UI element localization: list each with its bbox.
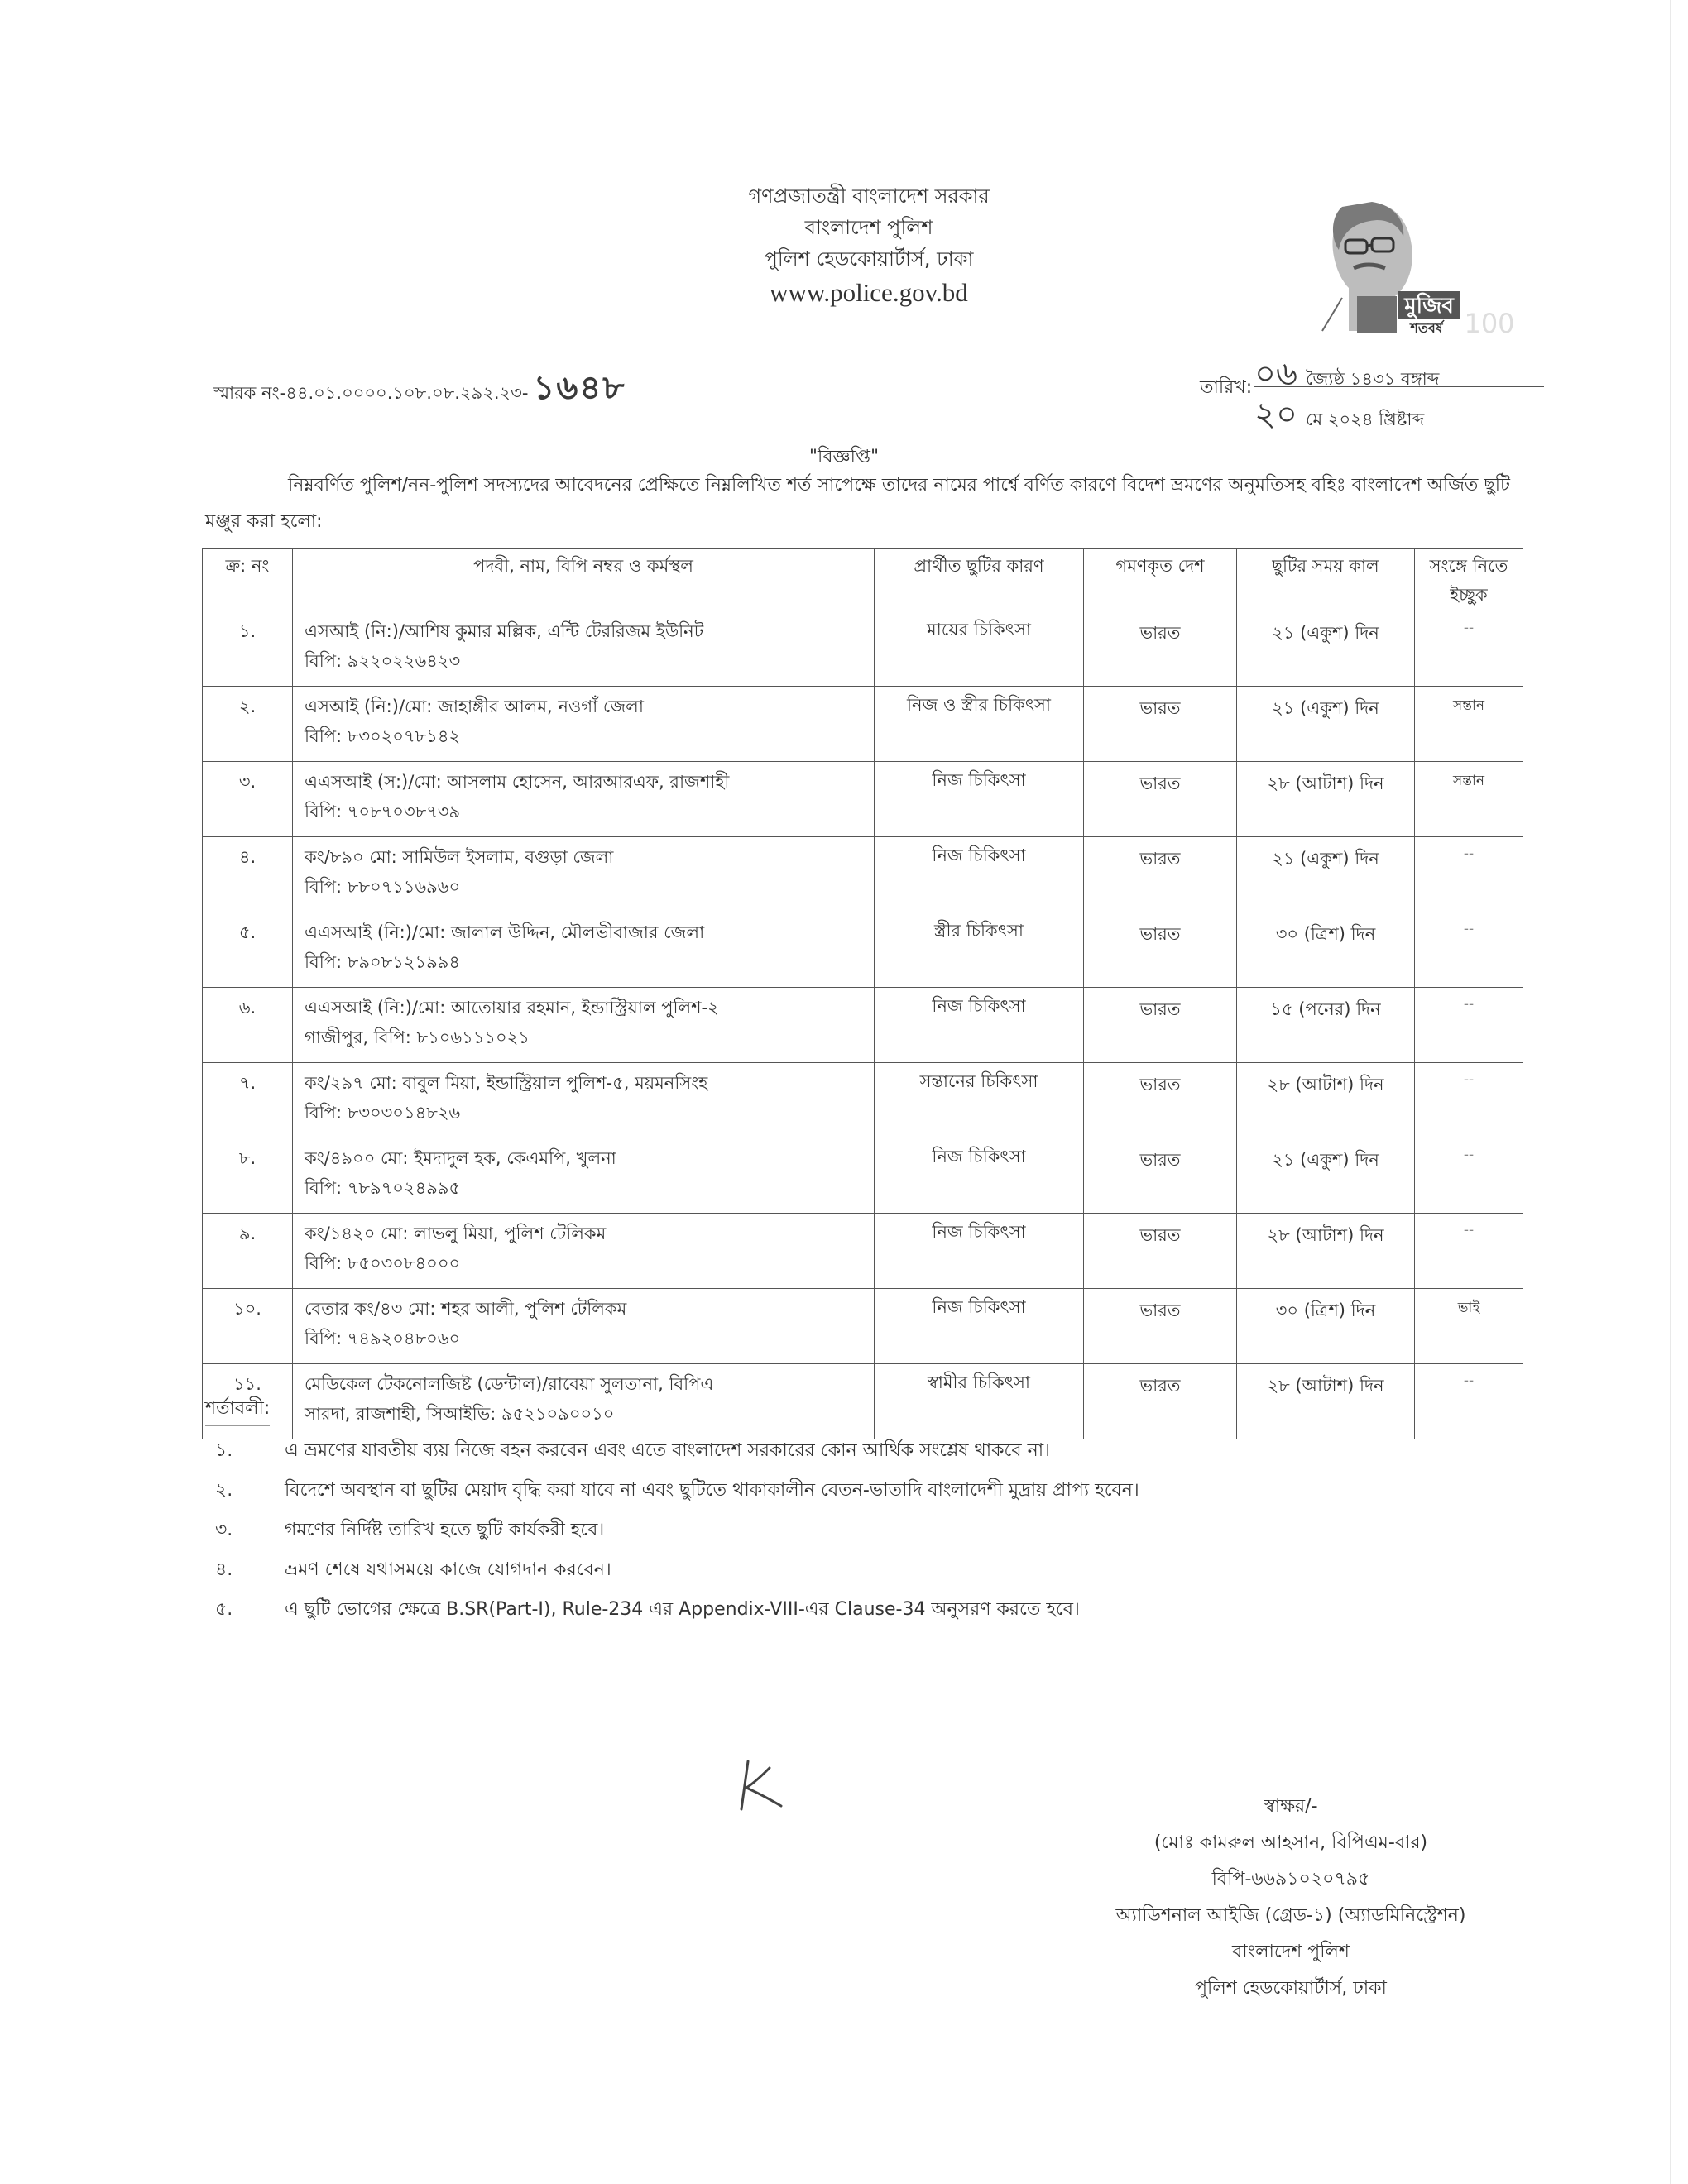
memo-prefix: স্মারক নং-৪৪.০১.০০০০.১০৮.০৮.২৯২.২৩- (213, 383, 528, 403)
term-text: এ ভ্রমণের যাবতীয় ব্যয় নিজে বহন করবেন এ… (285, 1431, 1562, 1471)
name-cell: কং/১৪২০ মো: লাভলু মিয়া, পুলিশ টেলিকমবিপ… (293, 1214, 875, 1289)
companion-cell: -- (1415, 837, 1523, 912)
table-row: ১.এসআই (নি:)/আশিষ কুমার মল্লিক, এন্টি টে… (203, 611, 1523, 687)
svg-text:মুজিব: মুজিব (1403, 292, 1455, 319)
table-row: ৯.কং/১৪২০ মো: লাভলু মিয়া, পুলিশ টেলিকমব… (203, 1214, 1523, 1289)
term-text: এ ছুটি ভোগের ক্ষেত্রে B.SR(Part-I), Rule… (285, 1590, 1562, 1630)
duration-cell: ২১ (একুশ) দিন (1237, 1138, 1415, 1214)
department-name: বাংলাদেশ পুলিশ (579, 212, 1158, 243)
companion-cell: -- (1415, 912, 1523, 988)
table-row: ৪.কং/৮৯০ মো: সামিউল ইসলাম, বগুড়া জেলাবি… (203, 837, 1523, 912)
gregorian-day-handwritten: ২০ (1254, 395, 1297, 433)
table-row: ৮.কং/৪৯০০ মো: ইমদাদুল হক, কেএমপি, খুলনাব… (203, 1138, 1523, 1214)
term-item: ৪.ভ্রমণ শেষে যথাসময়ে কাজে যোগদান করবেন। (205, 1550, 1562, 1590)
column-header-country: গমণকৃত দেশ (1084, 549, 1237, 611)
country-cell: ভারত (1084, 1289, 1237, 1364)
signatory-bp: বিপি-৬৬৯১০২০৭৯৫ (1059, 1861, 1523, 1898)
companion-cell: -- (1415, 1364, 1523, 1439)
initial-mark-icon (736, 1758, 786, 1816)
companion-cell: সন্তান (1415, 762, 1523, 837)
scan-edge (1670, 0, 1671, 2184)
table-row: ২.এসআই (নি:)/মো: জাহাঙ্গীর আলম, নওগাঁ জে… (203, 687, 1523, 762)
date-divider (1254, 386, 1544, 387)
name-cell: কং/৪৯০০ মো: ইমদাদুল হক, কেএমপি, খুলনাবিপ… (293, 1138, 875, 1214)
website-link[interactable]: www.police.gov.bd (579, 275, 1158, 311)
duration-cell: ২১ (একুশ) দিন (1237, 687, 1415, 762)
reason-cell: স্ত্রীর চিকিৎসা (875, 912, 1084, 988)
duration-cell: ১৫ (পনের) দিন (1237, 988, 1415, 1063)
name-line-1: কং/৮৯০ মো: সামিউল ইসলাম, বগুড়া জেলা (305, 842, 874, 872)
svg-text:শতবর্ষ: শতবর্ষ (1409, 319, 1444, 336)
duration-cell: ২৮ (আটাশ) দিন (1237, 1063, 1415, 1138)
terms-title: শর্তাবলী: (205, 1394, 270, 1426)
name-line-1: বেতার কং/৪৩ মো: শহর আলী, পুলিশ টেলিকম (305, 1294, 874, 1324)
name-line-1: কং/১৪২০ মো: লাভলু মিয়া, পুলিশ টেলিকম (305, 1219, 874, 1248)
leave-approval-table: ক্র: নং পদবী, নাম, বিপি নম্বর ও কর্মস্থল… (202, 548, 1523, 1439)
serial-cell: ৮. (203, 1138, 293, 1214)
duration-cell: ৩০ (ত্রিশ) দিন (1237, 912, 1415, 988)
term-item: ৩.গমণের নির্দিষ্ট তারিখ হতে ছুটি কার্যকর… (205, 1511, 1562, 1550)
term-number: ৪. (205, 1550, 285, 1590)
signature-block: স্বাক্ষর/- (মোঃ কামরুল আহসান, বিপিএম-বার… (1059, 1789, 1523, 2007)
name-line-1: এএসআই (স:)/মো: আসলাম হোসেন, আরআরএফ, রাজশ… (305, 767, 874, 797)
document-page: গণপ্রজাতন্ত্রী বাংলাদেশ সরকার বাংলাদেশ প… (0, 0, 1688, 2184)
country-cell: ভারত (1084, 611, 1237, 687)
government-name: গণপ্রজাতন্ত্রী বাংলাদেশ সরকার (579, 180, 1158, 212)
name-cell: মেডিকেল টেকনোলজিষ্ট (ডেন্টাল)/রাবেয়া সু… (293, 1364, 875, 1439)
term-number: ১. (205, 1431, 285, 1471)
companion-cell: ভাই (1415, 1289, 1523, 1364)
signatory-department: বাংলাদেশ পুলিশ (1059, 1934, 1523, 1971)
reason-cell: নিজ চিকিৎসা (875, 762, 1084, 837)
name-line-2: বিপি: ৭৪৯২০৪৮০৬০ (305, 1324, 874, 1353)
serial-cell: ৪. (203, 837, 293, 912)
term-number: ৩. (205, 1511, 285, 1550)
term-number: ৫. (205, 1590, 285, 1630)
country-cell: ভারত (1084, 687, 1237, 762)
name-line-2: বিপি: ৮৩০৩০১৪৮২৬ (305, 1098, 874, 1128)
term-item: ১.এ ভ্রমণের যাবতীয় ব্যয় নিজে বহন করবেন… (205, 1431, 1562, 1471)
table-body: ১.এসআই (নি:)/আশিষ কুমার মল্লিক, এন্টি টে… (203, 611, 1523, 1439)
table-row: ১০.বেতার কং/৪৩ মো: শহর আলী, পুলিশ টেলিকম… (203, 1289, 1523, 1364)
country-cell: ভারত (1084, 1214, 1237, 1289)
country-cell: ভারত (1084, 837, 1237, 912)
companion-cell: -- (1415, 611, 1523, 687)
name-line-2: বিপি: ৮৩০২০৭৮১৪২ (305, 721, 874, 751)
name-line-2: বিপি: ৮৮০৭১১৬৯৬০ (305, 872, 874, 902)
companion-cell: -- (1415, 988, 1523, 1063)
reason-cell: নিজ ও স্ত্রীর চিকিৎসা (875, 687, 1084, 762)
reason-cell: সন্তানের চিকিৎসা (875, 1063, 1084, 1138)
reason-cell: নিজ চিকিৎসা (875, 1289, 1084, 1364)
name-line-1: কং/২৯৭ মো: বাবুল মিয়া, ইন্ডাস্ট্রিয়াল … (305, 1068, 874, 1098)
country-cell: ভারত (1084, 912, 1237, 988)
country-cell: ভারত (1084, 1364, 1237, 1439)
country-cell: ভারত (1084, 1063, 1237, 1138)
name-cell: এএসআই (স:)/মো: আসলাম হোসেন, আরআরএফ, রাজশ… (293, 762, 875, 837)
table-row: ৬.এএসআই (নি:)/মো: আতোয়ার রহমান, ইন্ডাস্… (203, 988, 1523, 1063)
reason-cell: নিজ চিকিৎসা (875, 1214, 1084, 1289)
column-header-name: পদবী, নাম, বিপি নম্বর ও কর্মস্থল (293, 549, 875, 611)
name-line-2: বিপি: ৯২২০২২৬৪২৩ (305, 646, 874, 676)
svg-text:100: 100 (1464, 308, 1514, 339)
table-header-row: ক্র: নং পদবী, নাম, বিপি নম্বর ও কর্মস্থল… (203, 549, 1523, 611)
reason-cell: মায়ের চিকিৎসা (875, 611, 1084, 687)
name-line-1: এএসআই (নি:)/মো: আতোয়ার রহমান, ইন্ডাস্ট্… (305, 993, 874, 1023)
signatory-office: পুলিশ হেডকোয়ার্টার্স, ঢাকা (1059, 1971, 1523, 2007)
table-row: ৫.এএসআই (নি:)/মো: জালাল উদ্দিন, মৌলভীবাজ… (203, 912, 1523, 988)
memo-handwritten-number: ১৬৪৮ (533, 368, 626, 407)
name-cell: কং/৮৯০ মো: সামিউল ইসলাম, বগুড়া জেলাবিপি… (293, 837, 875, 912)
reason-cell: নিজ চিকিৎসা (875, 837, 1084, 912)
office-name: পুলিশ হেডকোয়ার্টার্স, ঢাকা (579, 243, 1158, 275)
companion-cell: সন্তান (1415, 687, 1523, 762)
serial-cell: ৫. (203, 912, 293, 988)
name-line-1: এসআই (নি:)/মো: জাহাঙ্গীর আলম, নওগাঁ জেলা (305, 692, 874, 721)
term-text: ভ্রমণ শেষে যথাসময়ে কাজে যোগদান করবেন। (285, 1550, 1562, 1590)
duration-cell: ২১ (একুশ) দিন (1237, 837, 1415, 912)
name-cell: এএসআই (নি:)/মো: আতোয়ার রহমান, ইন্ডাস্ট্… (293, 988, 875, 1063)
reason-cell: নিজ চিকিৎসা (875, 1138, 1084, 1214)
name-line-1: মেডিকেল টেকনোলজিষ্ট (ডেন্টাল)/রাবেয়া সু… (305, 1369, 874, 1399)
companion-cell: -- (1415, 1063, 1523, 1138)
column-header-reason: প্রার্থীত ছুটির কারণ (875, 549, 1084, 611)
name-line-2: বিপি: ৮৫০৩০৮৪০০০ (305, 1248, 874, 1278)
name-cell: কং/২৯৭ মো: বাবুল মিয়া, ইন্ডাস্ট্রিয়াল … (293, 1063, 875, 1138)
column-header-companion: সংঙ্গে নিতে ইচ্ছুক (1415, 549, 1523, 611)
companion-cell: -- (1415, 1138, 1523, 1214)
column-header-duration: ছুটির সময় কাল (1237, 549, 1415, 611)
term-text: গমণের নির্দিষ্ট তারিখ হতে ছুটি কার্যকরী … (285, 1511, 1562, 1550)
gregorian-date: ২০মে ২০২৪ খ্রিষ্টাব্দ (1254, 388, 1424, 443)
serial-cell: ৬. (203, 988, 293, 1063)
table-row: ১১.মেডিকেল টেকনোলজিষ্ট (ডেন্টাল)/রাবেয়া… (203, 1364, 1523, 1439)
term-number: ২. (205, 1471, 285, 1511)
name-line-2: সারদা, রাজশাহী, সিআইভি: ৯৫২১০৯০০১০ (305, 1399, 874, 1429)
name-line-2: বিপি: ৮৯০৮১২১৯৯৪ (305, 947, 874, 977)
name-line-1: এএসআই (নি:)/মো: জালাল উদ্দিন, মৌলভীবাজার… (305, 917, 874, 947)
term-item: ২.বিদেশে অবস্থান বা ছুটির মেয়াদ বৃদ্ধি … (205, 1471, 1562, 1511)
term-text: বিদেশে অবস্থান বা ছুটির মেয়াদ বৃদ্ধি কর… (285, 1471, 1562, 1511)
name-line-1: কং/৪৯০০ মো: ইমদাদুল হক, কেএমপি, খুলনা (305, 1143, 874, 1173)
serial-cell: ১. (203, 611, 293, 687)
serial-cell: ২. (203, 687, 293, 762)
country-cell: ভারত (1084, 988, 1237, 1063)
companion-cell: -- (1415, 1214, 1523, 1289)
name-line-2: গাজীপুর, বিপি: ৮১০৬১১১০২১ (305, 1023, 874, 1052)
name-line-1: এসআই (নি:)/আশিষ কুমার মল্লিক, এন্টি টেরর… (305, 616, 874, 646)
name-cell: এসআই (নি:)/মো: জাহাঙ্গীর আলম, নওগাঁ জেলা… (293, 687, 875, 762)
intro-paragraph: নিম্নবর্ণিত পুলিশ/নন-পুলিশ সদস্যদের আবেদ… (205, 467, 1537, 540)
duration-cell: ২৮ (আটাশ) দিন (1237, 762, 1415, 837)
name-cell: এএসআই (নি:)/মো: জালাল উদ্দিন, মৌলভীবাজার… (293, 912, 875, 988)
date-block: তারিখ: ০৬জ্যৈষ্ঠ ১৪৩১ বঙ্গাব্দ ২০মে ২০২৪… (1200, 343, 1547, 434)
memo-number: স্মারক নং-৪৪.০১.০০০০.১০৮.০৮.২৯২.২৩-১৬৪৮ (213, 362, 626, 417)
date-label: তারিখ: (1200, 373, 1252, 404)
name-line-2: বিপি: ৭০৮৭০৩৮৭৩৯ (305, 797, 874, 826)
terms-list: ১.এ ভ্রমণের যাবতীয় ব্যয় নিজে বহন করবেন… (205, 1431, 1562, 1630)
signatory-designation: অ্যাডিশনাল আইজি (গ্রেড-১) (অ্যাডমিনিস্ট্… (1059, 1898, 1523, 1934)
country-cell: ভারত (1084, 762, 1237, 837)
letterhead: গণপ্রজাতন্ত্রী বাংলাদেশ সরকার বাংলাদেশ প… (579, 180, 1158, 311)
name-cell: এসআই (নি:)/আশিষ কুমার মল্লিক, এন্টি টেরর… (293, 611, 875, 687)
name-line-2: বিপি: ৭৮৯৭০২৪৯৯৫ (305, 1173, 874, 1203)
duration-cell: ২৮ (আটাশ) দিন (1237, 1364, 1415, 1439)
gregorian-month-year: মে ২০২৪ খ্রিষ্টাব্দ (1306, 409, 1424, 429)
mujib-borsho-logo-icon: মুজিব শতবর্ষ 100 (1306, 199, 1521, 339)
duration-cell: ৩০ (ত্রিশ) দিন (1237, 1289, 1415, 1364)
signatory-name: (মোঃ কামরুল আহসান, বিপিএম-বার) (1059, 1825, 1523, 1861)
term-item: ৫.এ ছুটি ভোগের ক্ষেত্রে B.SR(Part-I), Ru… (205, 1590, 1562, 1630)
serial-cell: ৩. (203, 762, 293, 837)
reason-cell: নিজ চিকিৎসা (875, 988, 1084, 1063)
column-header-serial: ক্র: নং (203, 549, 293, 611)
duration-cell: ২১ (একুশ) দিন (1237, 611, 1415, 687)
table-row: ৭.কং/২৯৭ মো: বাবুল মিয়া, ইন্ডাস্ট্রিয়া… (203, 1063, 1523, 1138)
reason-cell: স্বামীর চিকিৎসা (875, 1364, 1084, 1439)
serial-cell: ৯. (203, 1214, 293, 1289)
table-row: ৩.এএসআই (স:)/মো: আসলাম হোসেন, আরআরএফ, রা… (203, 762, 1523, 837)
serial-cell: ১০. (203, 1289, 293, 1364)
signed-label: স্বাক্ষর/- (1059, 1789, 1523, 1825)
name-cell: বেতার কং/৪৩ মো: শহর আলী, পুলিশ টেলিকমবিপ… (293, 1289, 875, 1364)
country-cell: ভারত (1084, 1138, 1237, 1214)
duration-cell: ২৮ (আটাশ) দিন (1237, 1214, 1415, 1289)
serial-cell: ৭. (203, 1063, 293, 1138)
